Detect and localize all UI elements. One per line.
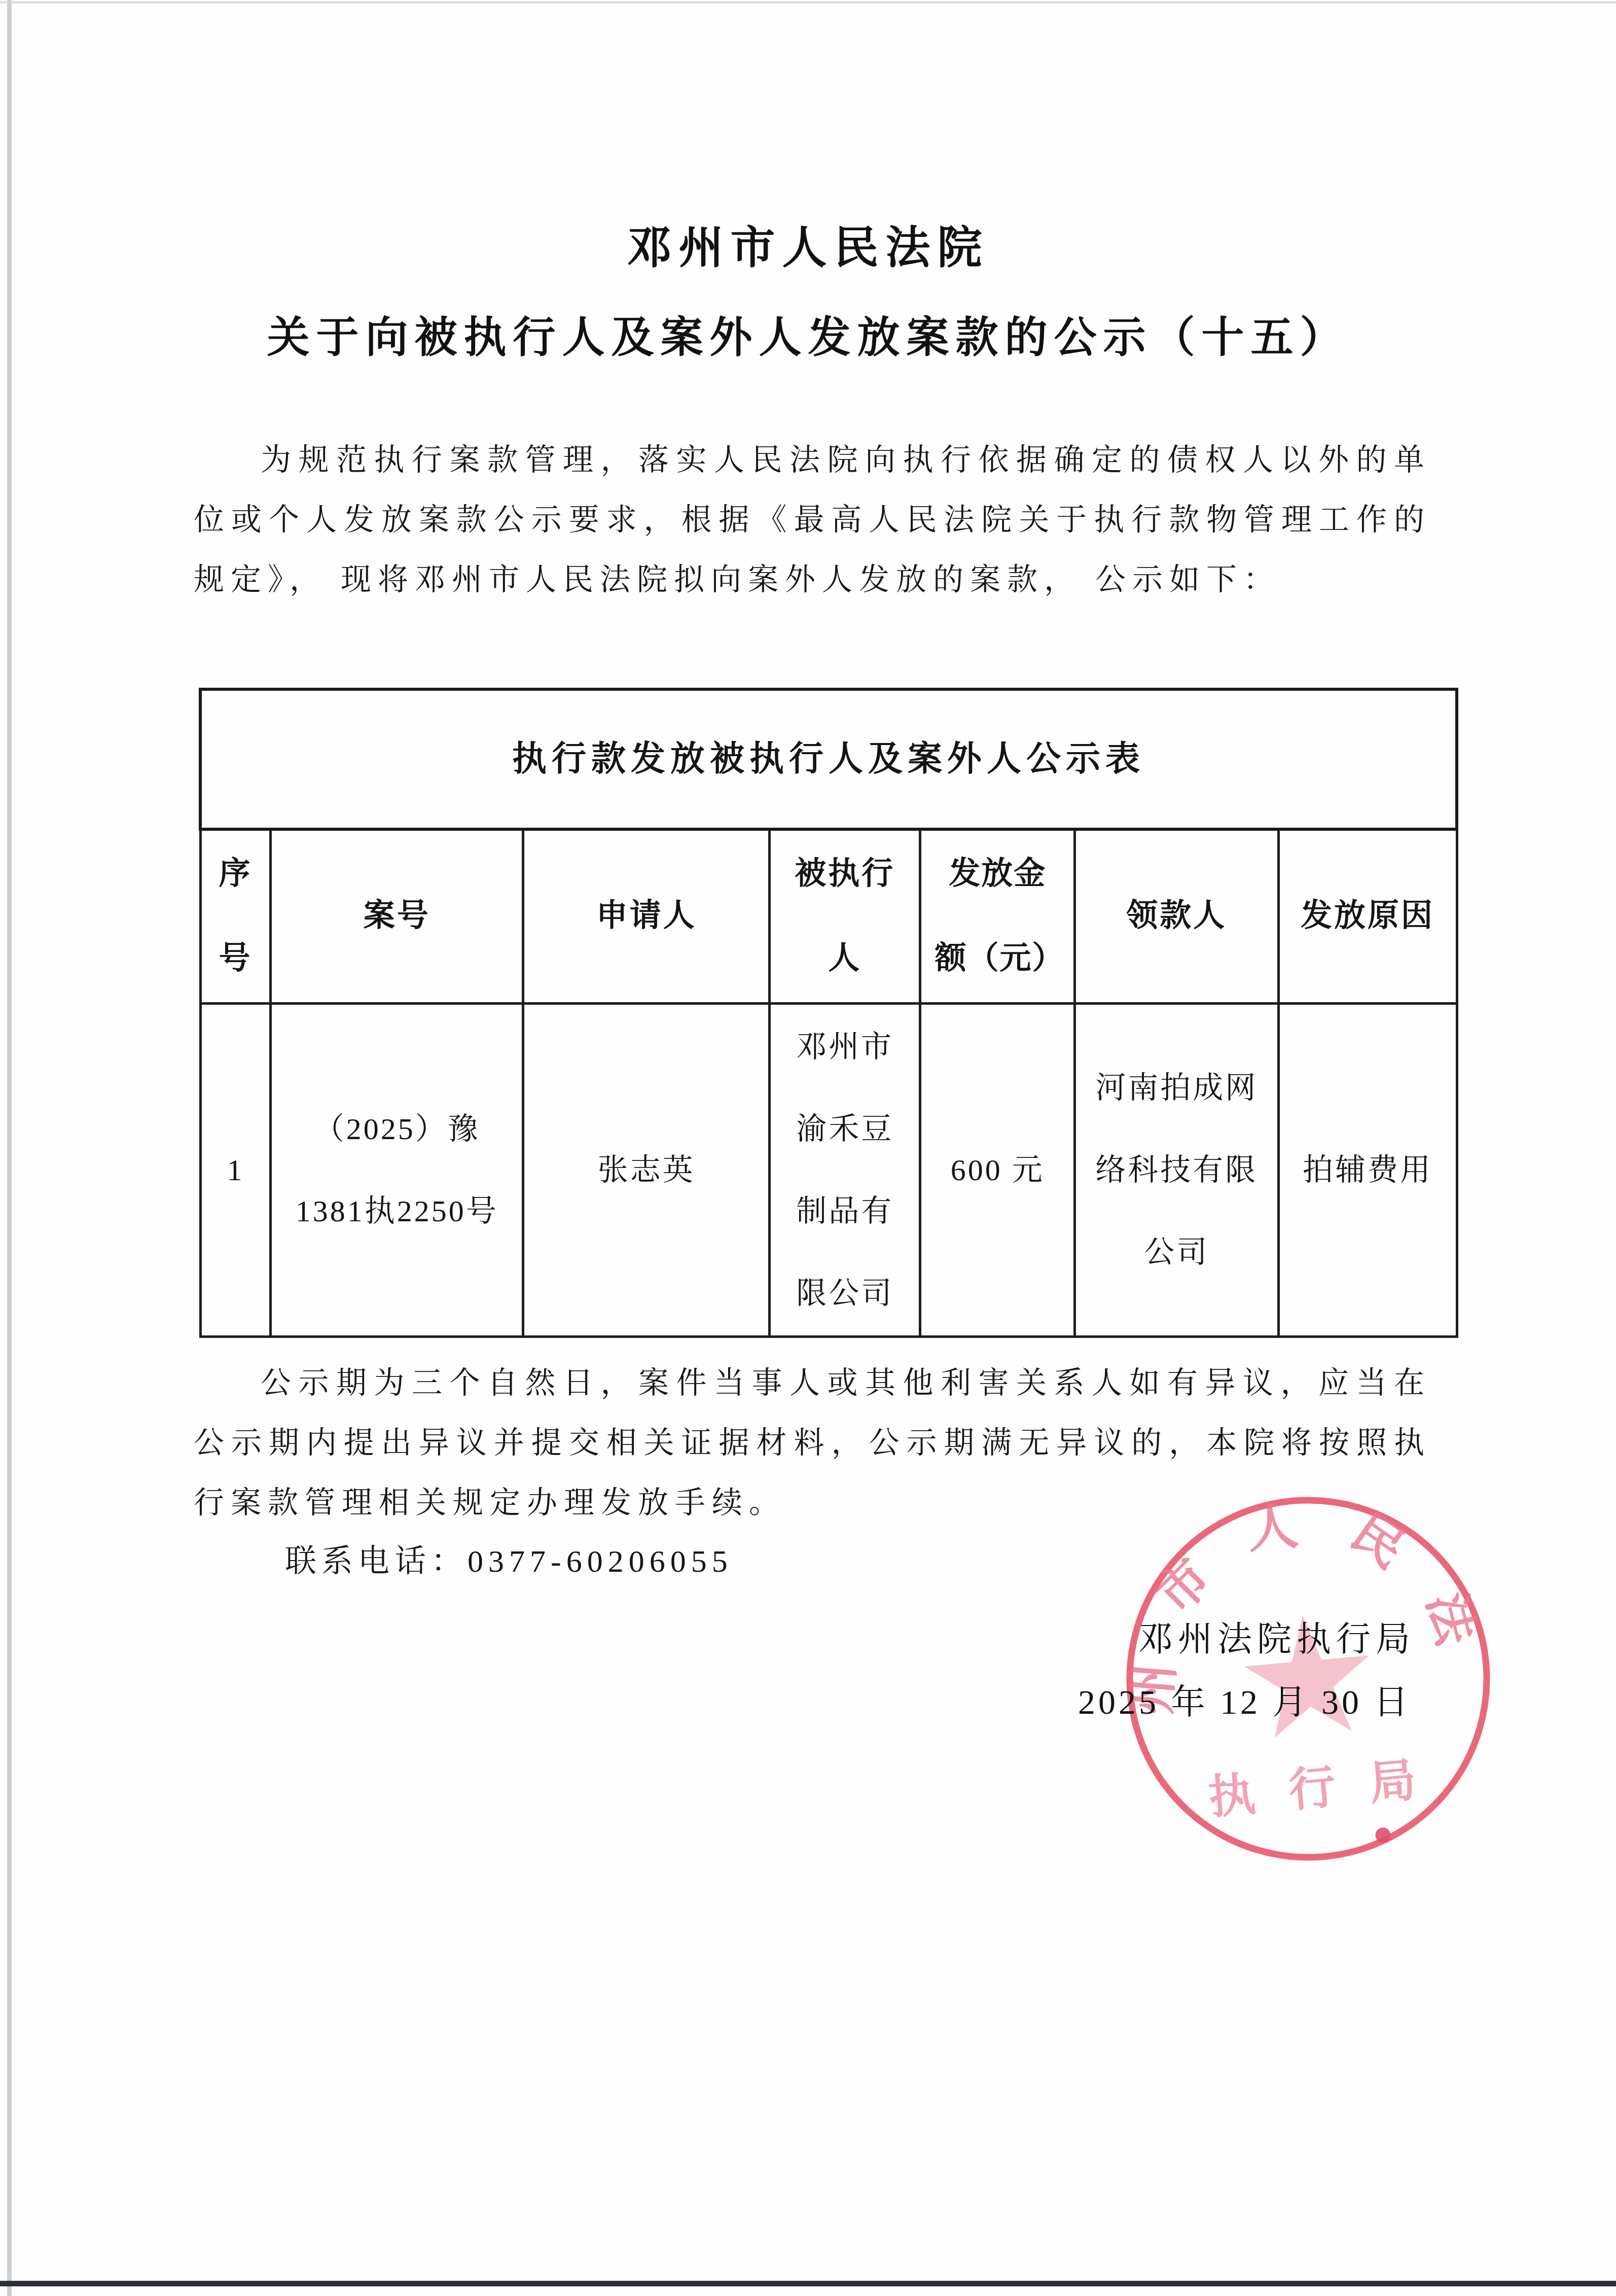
table-row: 1 （2025）豫 1381执2250号 张志英 邓州市渝禾豆制品有限公司 60… <box>200 1004 1457 1337</box>
header-case-number: 案号 <box>271 829 523 1004</box>
header-amount: 发放金额（元） <box>920 829 1075 1004</box>
cell-amount: 600 元 <box>920 1004 1075 1337</box>
scanned-page: 邓州市人民法院 关于向被执行人及案外人发放案款的公示（十五） 为规范执行案款管理… <box>0 0 1616 2296</box>
table-caption: 执行款发放被执行人及案外人公示表 <box>200 689 1457 829</box>
notice-subtitle: 关于向被执行人及案外人发放案款的公示（十五） <box>0 303 1616 365</box>
cell-person-executed: 邓州市渝禾豆制品有限公司 <box>770 1004 920 1337</box>
table-header-row: 序号 案号 申请人 被执行人 发放金额（元） 领款人 发放原因 <box>200 829 1457 1004</box>
contact-phone: 联系电话：0377-60206055 <box>285 1536 733 1581</box>
seal-bottom-text: 执 行 局 <box>1206 1753 1429 1824</box>
cell-serial: 1 <box>200 1004 271 1337</box>
cell-payee: 河南拍成网络科技有限公司 <box>1075 1004 1278 1337</box>
cell-case-number: （2025）豫 1381执2250号 <box>271 1004 523 1337</box>
header-serial: 序号 <box>200 829 271 1004</box>
signature-date: 2025 年 12 月 30 日 <box>1078 1675 1411 1724</box>
header-reason: 发放原因 <box>1278 829 1457 1004</box>
intro-paragraph: 为规范执行案款管理，落实人民法院向执行依据确定的债权人以外的单位或个人发放案款公… <box>194 430 1431 610</box>
cell-reason: 拍辅费用 <box>1278 1004 1457 1337</box>
header-applicant: 申请人 <box>523 829 770 1004</box>
signature-org: 邓州法院执行局 <box>1138 1612 1415 1661</box>
cell-applicant: 张志英 <box>523 1004 770 1337</box>
header-payee: 领款人 <box>1075 829 1278 1004</box>
court-title: 邓州市人民法院 <box>0 212 1616 276</box>
disbursement-table: 执行款发放被执行人及案外人公示表 序号 案号 申请人 被执行人 发放金额（元） … <box>199 688 1458 1338</box>
header-person-executed: 被执行人 <box>770 829 920 1004</box>
scan-edge-top <box>0 1 1616 4</box>
scan-edge-bottom <box>0 2281 1616 2286</box>
table-caption-row: 执行款发放被执行人及案外人公示表 <box>200 689 1457 829</box>
